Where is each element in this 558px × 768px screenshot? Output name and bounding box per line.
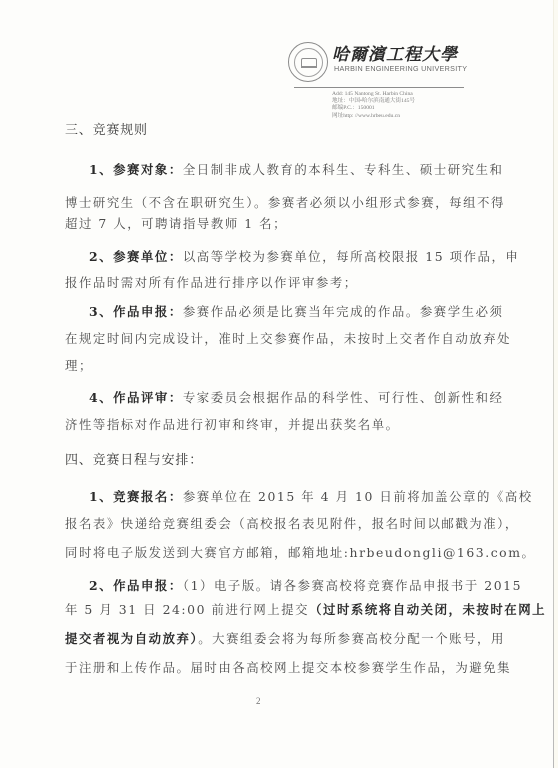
paragraph-line: 在规定时间内完成设计，准时上交参赛作品，未按时上交者作自动放弃处 xyxy=(65,329,511,347)
paragraph-line: 2、参赛单位：以高等学校为参赛单位，每所高校限报 15 项作品，申 xyxy=(89,247,519,265)
paragraph-line: 1、竞赛报名：参赛单位在 2015 年 4 月 10 日前将加盖公章的《高校 xyxy=(89,487,533,505)
document-page: 三、竞赛规则 1、参赛对象：全日制非成人教育的本科生、专科生、硕士研究生和 博士… xyxy=(0,0,558,768)
section-heading-rules: 三、竞赛规则 xyxy=(65,119,148,138)
paragraph-line: 提交者视为自动放弃）。大赛组委会将为每所参赛高校分配一个账号，用 xyxy=(65,629,505,647)
item-text: 专家委员会根据作品的科学性、可行性、创新性和经 xyxy=(183,390,504,405)
item-label: 4、作品评审： xyxy=(89,390,183,405)
item-label: 2、参赛单位： xyxy=(89,249,183,264)
paragraph-line: 同时将电子版发送到大赛官方邮箱，邮箱地址:hrbeudongli@163.com… xyxy=(65,543,535,561)
paragraph-line: 超过 7 人，可聘请指导教师 1 名； xyxy=(65,214,287,232)
item-text-bold: 提交者视为自动放弃） xyxy=(65,631,198,646)
section-heading-schedule: 四、竞赛日程与安排： xyxy=(65,449,203,468)
paragraph-line: 报名表》快递给竞赛组委会（高校报名表见附件，报名时间以邮戳为准）， xyxy=(65,514,519,532)
paragraph-line: 3、作品申报：参赛作品必须是比赛当年完成的作品。参赛学生必须 xyxy=(89,302,503,320)
item-text: 参赛作品必须是比赛当年完成的作品。参赛学生必须 xyxy=(183,304,504,319)
paragraph-line: 博士研究生（不含在职研究生）。参赛者必须以小组形式参赛，每组不得 xyxy=(65,193,505,211)
item-text: 。大赛组委会将为每所参赛高校分配一个账号，用 xyxy=(198,631,505,646)
item-text: 以高等学校为参赛单位，每所高校限报 15 项作品，申 xyxy=(183,249,520,264)
item-label: 1、竞赛报名： xyxy=(89,489,183,504)
item-label: 2、作品申报： xyxy=(89,578,183,593)
paragraph-line: 1、参赛对象：全日制非成人教育的本科生、专科生、硕士研究生和 xyxy=(89,160,503,178)
page-number: 2 xyxy=(256,696,261,706)
item-text: 年 5 月 31 日 24:00 前进行网上提交 xyxy=(65,602,309,617)
paragraph-line: 理； xyxy=(65,356,93,374)
item-text: 参赛单位在 2015 年 4 月 10 日前将加盖公章的《高校 xyxy=(183,489,533,504)
item-text: （1）电子版。请各参赛高校将竞赛作品申报书于 2015 xyxy=(183,578,522,593)
paragraph-line: 于注册和上传作品。届时由各高校网上提交本校参赛学生作品，为避免集 xyxy=(65,658,511,676)
item-label: 1、参赛对象： xyxy=(89,162,183,177)
paragraph-line: 年 5 月 31 日 24:00 前进行网上提交（过时系统将自动关闭，未按时在网… xyxy=(65,600,546,618)
paragraph-line: 济性等指标对作品进行初审和终审，并提出获奖名单。 xyxy=(65,415,400,433)
paragraph-line: 2、作品申报：（1）电子版。请各参赛高校将竞赛作品申报书于 2015 xyxy=(89,576,522,594)
paragraph-line: 报作品时需对所有作品进行排序以作评审参考； xyxy=(65,273,358,291)
item-text-bold: （过时系统将自动关闭，未按时在网上 xyxy=(309,602,546,617)
item-text: 全日制非成人教育的本科生、专科生、硕士研究生和 xyxy=(183,162,504,177)
paragraph-line: 4、作品评审：专家委员会根据作品的科学性、可行性、创新性和经 xyxy=(89,388,503,406)
item-label: 3、作品申报： xyxy=(89,304,183,319)
